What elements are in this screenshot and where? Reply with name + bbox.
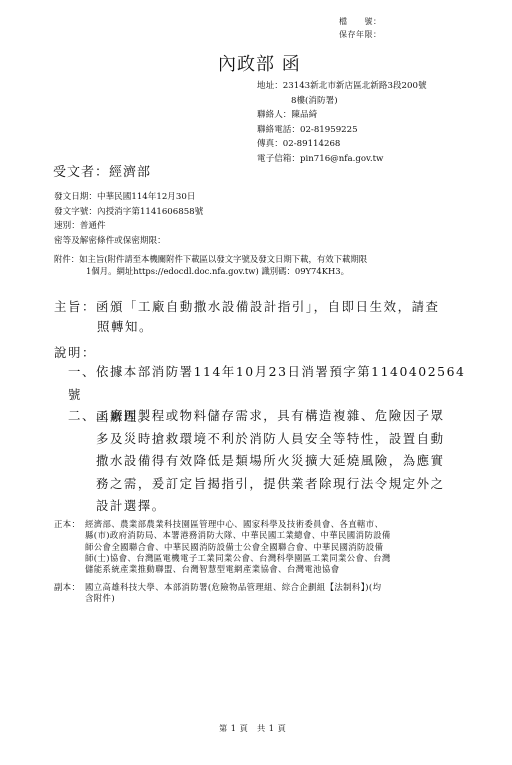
explanation-item-2-line-1: 二、工廠因製程或物料儲存需求，具有構造複雜、危險因子眾 xyxy=(68,405,468,428)
original-label: 正本： xyxy=(54,519,85,530)
phone-label: 聯絡電話： xyxy=(257,125,300,135)
issue-date-value: 中華民國114年12月30日 xyxy=(97,192,195,202)
recipient-name: 經濟部 xyxy=(109,165,151,180)
address-value: 23143新北市新店區北新路3段200號 xyxy=(283,81,427,91)
speed-value: 普通件 xyxy=(80,221,106,231)
explanation-text: 依據本部消防署114年10月23日消署預字第1140402564號 xyxy=(68,364,465,402)
issue-date-label: 發文日期： xyxy=(54,192,97,202)
contact-value: 陳品綺 xyxy=(291,110,317,120)
subject-line-2: 照轉知。 xyxy=(54,317,440,337)
subject-text-2: 照轉知。 xyxy=(97,319,153,334)
subject-text-1: 函頒「工廠自動撒水設備設計指引」，自即日生效，請查 xyxy=(96,299,440,314)
subject-line-1: 主旨：函頒「工廠自動撒水設備設計指引」，自即日生效，請查 xyxy=(54,297,440,317)
phone-row: 聯絡電話：02-81959225 xyxy=(257,123,427,138)
copy-line-1: 副本：國立高雄科技大學、本部消防署(危險物品管理組、綜合企劃組【法制科】)(均 xyxy=(54,582,474,593)
file-meta: 檔 號： 保存年限： xyxy=(339,15,382,41)
explanation-item-2-line-4: 務之需，爰訂定旨揭指引，提供業者除現行法令規定外之 xyxy=(68,473,468,496)
phone-value: 02-81959225 xyxy=(300,125,358,135)
original-line-2: 縣(市)政府消防局、本署港務消防大隊、中華民國工業總會、中華民國消防設備 xyxy=(54,530,474,541)
attachment: 附件：如主旨(附件請至本機關附件下載區以發文字號及發文日期下載，有效下載期限 1… xyxy=(54,254,474,277)
recipient: 受文者：經濟部 xyxy=(53,161,151,180)
copy-line-2: 含附件) xyxy=(54,593,474,604)
sender-info: 地址：23143新北市新店區北新路3段200號 8樓(消防署) 聯絡人：陳品綺 … xyxy=(257,79,427,166)
fax-label: 傳真： xyxy=(257,139,283,149)
original-line-4: 師(士)協會、台灣區電機電子工業同業公會、台灣科學園區工業同業公會、台灣 xyxy=(54,553,474,564)
page-number: 第 1 頁 共 1 頁 xyxy=(219,723,286,734)
explanation-item-2: 二、工廠因製程或物料儲存需求，具有構造複雜、危險因子眾 多及災時搶救環境不利於消… xyxy=(68,405,468,518)
original-line-5: 儲能系統產業推動聯盟、台灣智慧型電網產業協會、台灣電池協會 xyxy=(54,564,474,575)
original-line-1: 正本：經濟部、農業部農業科技園區管理中心、國家科學及技術委員會、各直轄市、 xyxy=(54,519,474,530)
explanation-item-1-number: 一、 xyxy=(68,361,96,384)
copy-recipients: 副本：國立高雄科技大學、本部消防署(危險物品管理組、綜合企劃組【法制科】)(均 … xyxy=(54,582,474,605)
secrecy-label: 密等及解密條件或保密期限： xyxy=(54,236,166,246)
subject-label: 主旨： xyxy=(54,299,96,314)
address-row: 地址：23143新北市新店區北新路3段200號 xyxy=(257,79,427,94)
copy-label: 副本： xyxy=(54,582,85,593)
email-label: 電子信箱： xyxy=(257,154,300,164)
recipient-label: 受文者： xyxy=(53,165,109,180)
copy-text-1: 國立高雄科技大學、本部消防署(危險物品管理組、綜合企劃組【法制科】)(均 xyxy=(85,582,381,592)
document-title: 內政部 函 xyxy=(218,50,301,76)
issue-date-row: 發文日期：中華民國114年12月30日 xyxy=(54,190,203,205)
attachment-text-2[interactable]: 1個月。網址https://edocdl.doc.nfa.gov.tw) 識別碼… xyxy=(86,266,349,276)
address-label: 地址： xyxy=(257,81,283,91)
explanation-item-2-line-5: 設計選擇。 xyxy=(68,495,468,518)
retention-label: 保存年限： xyxy=(339,28,382,41)
fax-row: 傳真：02-89114268 xyxy=(257,137,427,152)
issue-info: 發文日期：中華民國114年12月30日 發文字號：內授消字第1141606858… xyxy=(54,190,203,248)
explanation-item-2-line-2: 多及災時搶救環境不利於消防人員安全等特性，設置自動 xyxy=(68,428,468,451)
attachment-line-1: 附件：如主旨(附件請至本機關附件下載區以發文字號及發文日期下載，有效下載期限 xyxy=(54,254,474,266)
issue-number-value: 內授消字第1141606858號 xyxy=(97,207,203,217)
attachment-label: 附件： xyxy=(54,254,79,264)
explanation-item-1-line-1: 一、依據本部消防署114年10月23日消署預字第1140402564號 xyxy=(68,361,468,406)
email-value[interactable]: pin716@nfa.gov.tw xyxy=(300,154,383,164)
explanation-text: 工廠因製程或物料儲存需求，具有構造複雜、危險因子眾 xyxy=(96,408,445,423)
explanation-item-2-number: 二、 xyxy=(68,405,96,428)
subject: 主旨：函頒「工廠自動撒水設備設計指引」，自即日生效，請查 照轉知。 xyxy=(54,297,440,337)
explanation-label: 說明： xyxy=(54,343,96,361)
explanation-item-2-line-3: 撒水設備得有效降低是類場所火災擴大延燒風險，為應實 xyxy=(68,450,468,473)
original-line-3: 師公會全國聯合會、中華民國消防設備士公會全國聯合會、中華民國消防設備 xyxy=(54,542,474,553)
attachment-text-1: 如主旨(附件請至本機關附件下載區以發文字號及發文日期下載，有效下載期限 xyxy=(79,254,367,264)
issue-number-row: 發文字號：內授消字第1141606858號 xyxy=(54,205,203,220)
issue-number-label: 發文字號： xyxy=(54,207,97,217)
address-value-2: 8樓(消防署) xyxy=(291,96,338,106)
email-row: 電子信箱：pin716@nfa.gov.tw xyxy=(257,152,427,167)
fax-value: 02-89114268 xyxy=(283,139,341,149)
speed-label: 速別： xyxy=(54,221,80,231)
secrecy-row: 密等及解密條件或保密期限： xyxy=(54,234,203,249)
file-number-label: 檔 號： xyxy=(339,15,382,28)
original-recipients: 正本：經濟部、農業部農業科技園區管理中心、國家科學及技術委員會、各直轄市、 縣(… xyxy=(54,519,474,575)
contact-row: 聯絡人：陳品綺 xyxy=(257,108,427,123)
contact-label: 聯絡人： xyxy=(257,110,291,120)
address-row-2: 8樓(消防署) xyxy=(257,94,427,109)
original-text-1: 經濟部、農業部農業科技園區管理中心、國家科學及技術委員會、各直轄市、 xyxy=(85,519,383,529)
attachment-line-2: 1個月。網址https://edocdl.doc.nfa.gov.tw) 識別碼… xyxy=(54,266,474,278)
speed-row: 速別：普通件 xyxy=(54,219,203,234)
